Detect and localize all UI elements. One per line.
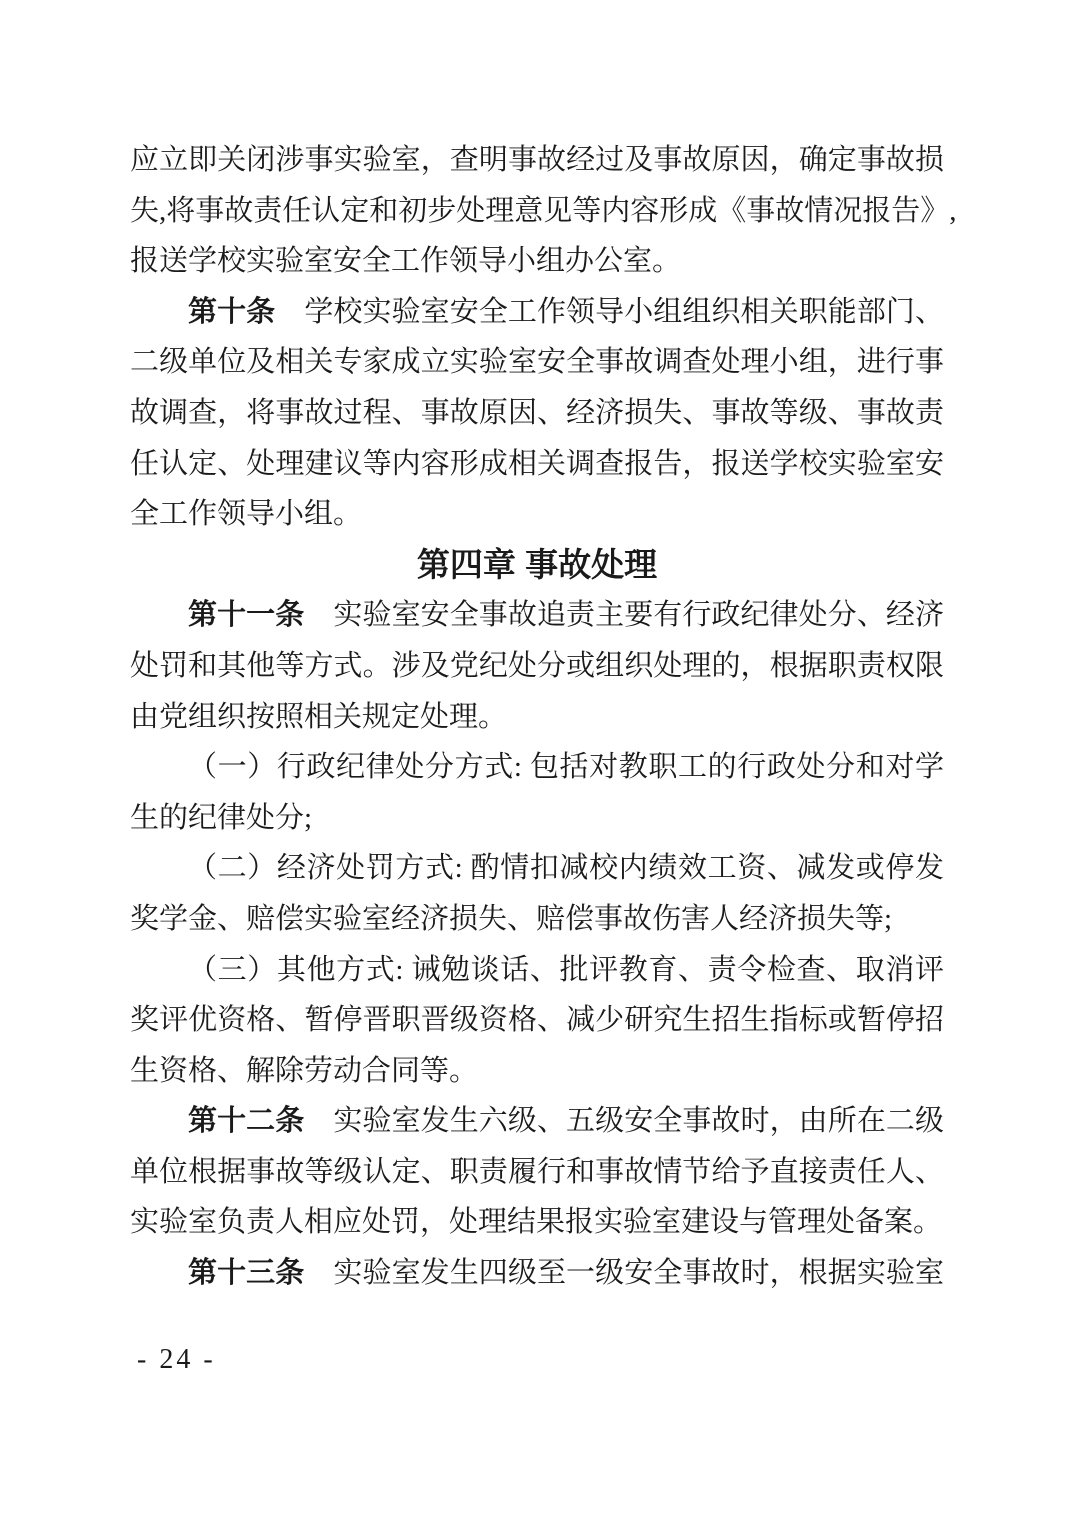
body-text: 单位根据事故等级认定、职责履行和事故情节给予直接责任人、: [130, 1156, 944, 1188]
article-number: 第十三条: [188, 1257, 304, 1289]
text-line: 生资格、解除劳动合同等。: [130, 1046, 944, 1097]
text-line: 全工作领导小组。: [130, 489, 944, 540]
article-number: 第十一条: [188, 599, 304, 631]
text-line: 第十二条 实验室发生六级、五级安全事故时，由所在二级: [130, 1096, 944, 1147]
document-content: 应立即关闭涉事实验室，查明事故经过及事故原因，确定事故损失,将事故责任认定和初步…: [130, 135, 944, 1299]
body-text: 生的纪律处分;: [130, 802, 312, 834]
body-text: 奖学金、赔偿实验室经济损失、赔偿事故伤害人经济损失等;: [130, 903, 892, 935]
text-line: 失,将事故责任认定和初步处理意见等内容形成《事故情况报告》,: [130, 186, 944, 237]
text-line: 第十三条 实验室发生四级至一级安全事故时，根据实验室: [130, 1248, 944, 1299]
body-text: （一）行政纪律处分方式: 包括对教职工的行政处分和对学: [188, 751, 944, 783]
body-text: 报送学校实验室安全工作领导小组办公室。: [130, 245, 681, 277]
body-text: 生资格、解除劳动合同等。: [130, 1055, 478, 1087]
text-line: 第十条 学校实验室安全工作领导小组组织相关职能部门、: [130, 287, 944, 338]
body-text: 故调查，将事故过程、事故原因、经济损失、事故等级、事故责: [130, 397, 944, 429]
text-line: 报送学校实验室安全工作领导小组办公室。: [130, 236, 944, 287]
text-line: 由党组织按照相关规定处理。: [130, 692, 944, 743]
body-text: （三）其他方式: 诫勉谈话、批评教育、责令检查、取消评: [188, 954, 944, 986]
text-line: 二级单位及相关专家成立实验室安全事故调查处理小组，进行事: [130, 337, 944, 388]
text-line: 任认定、处理建议等内容形成相关调查报告，报送学校实验室安: [130, 439, 944, 490]
body-text: 失,将事故责任认定和初步处理意见等内容形成《事故情况报告》,: [130, 195, 957, 227]
body-text: 实验室安全事故追责主要有行政纪律处分、经济: [304, 599, 944, 631]
chapter-heading: 第四章 事故处理: [130, 540, 944, 591]
text-line: 第十一条 实验室安全事故追责主要有行政纪律处分、经济: [130, 590, 944, 641]
body-text: 实验室发生六级、五级安全事故时，由所在二级: [304, 1105, 944, 1137]
body-text: 学校实验室安全工作领导小组组织相关职能部门、: [275, 296, 944, 328]
chapter-heading-text: 第四章 事故处理: [417, 546, 657, 583]
body-text: 应立即关闭涉事实验室，查明事故经过及事故原因，确定事故损: [130, 144, 944, 176]
article-number: 第十二条: [188, 1105, 304, 1137]
body-text: （二）经济处罚方式: 酌情扣减校内绩效工资、减发或停发: [188, 852, 944, 884]
text-line: 应立即关闭涉事实验室，查明事故经过及事故原因，确定事故损: [130, 135, 944, 186]
body-text: 任认定、处理建议等内容形成相关调查报告，报送学校实验室安: [130, 448, 944, 480]
text-line: （三）其他方式: 诫勉谈话、批评教育、责令检查、取消评: [130, 945, 944, 996]
text-line: （一）行政纪律处分方式: 包括对教职工的行政处分和对学: [130, 742, 944, 793]
text-line: 奖学金、赔偿实验室经济损失、赔偿事故伤害人经济损失等;: [130, 894, 944, 945]
body-text: 处罚和其他等方式。涉及党纪处分或组织处理的，根据职责权限: [130, 650, 944, 682]
text-line: 实验室负责人相应处罚，处理结果报实验室建设与管理处备案。: [130, 1197, 944, 1248]
body-text: 实验室发生四级至一级安全事故时，根据实验室: [304, 1257, 944, 1289]
text-line: （二）经济处罚方式: 酌情扣减校内绩效工资、减发或停发: [130, 843, 944, 894]
body-text: 二级单位及相关专家成立实验室安全事故调查处理小组，进行事: [130, 346, 944, 378]
page-number: - 24 -: [137, 1344, 216, 1376]
article-number: 第十条: [188, 296, 275, 328]
text-line: 故调查，将事故过程、事故原因、经济损失、事故等级、事故责: [130, 388, 944, 439]
text-line: 奖评优资格、暂停晋职晋级资格、减少研究生招生指标或暂停招: [130, 995, 944, 1046]
text-line: 生的纪律处分;: [130, 793, 944, 844]
body-text: 奖评优资格、暂停晋职晋级资格、减少研究生招生指标或暂停招: [130, 1004, 944, 1036]
text-line: 单位根据事故等级认定、职责履行和事故情节给予直接责任人、: [130, 1147, 944, 1198]
text-line: 处罚和其他等方式。涉及党纪处分或组织处理的，根据职责权限: [130, 641, 944, 692]
body-text: 实验室负责人相应处罚，处理结果报实验室建设与管理处备案。: [130, 1206, 942, 1238]
document-page: 应立即关闭涉事实验室，查明事故经过及事故原因，确定事故损失,将事故责任认定和初步…: [0, 0, 1080, 1528]
body-text: 由党组织按照相关规定处理。: [130, 701, 507, 733]
body-text: 全工作领导小组。: [130, 498, 362, 530]
